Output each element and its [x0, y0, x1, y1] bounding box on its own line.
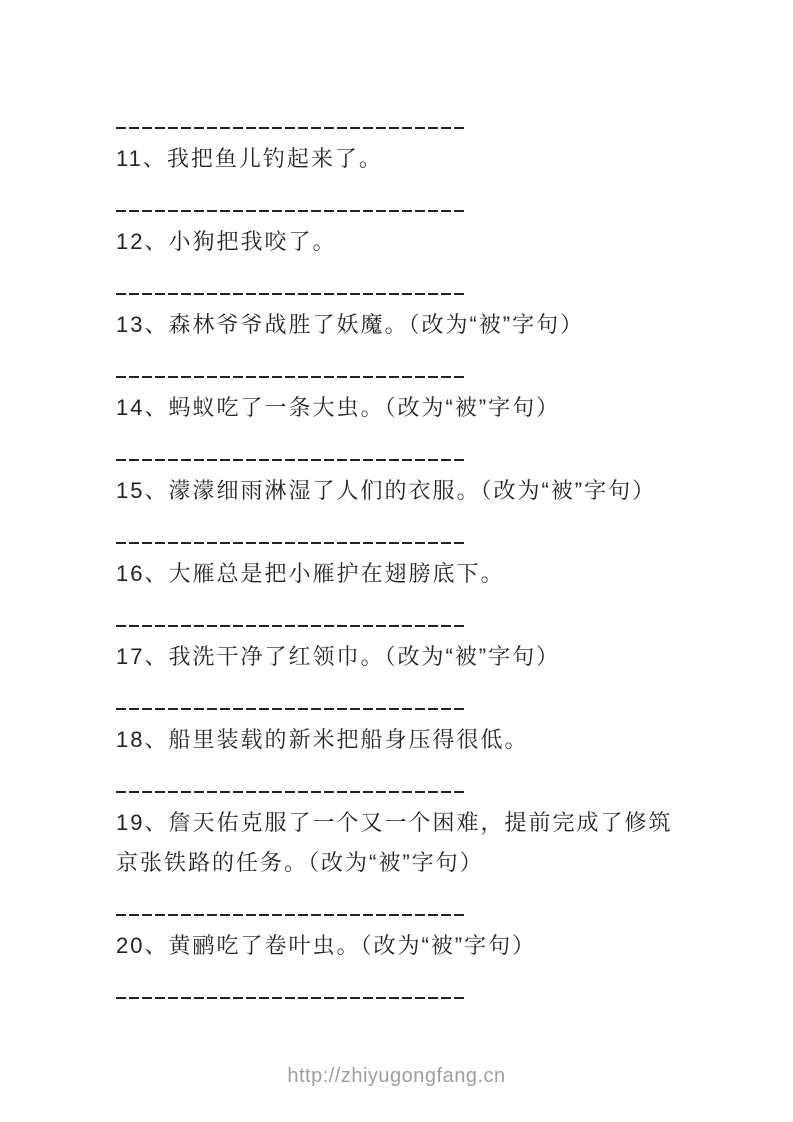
exercise-item: 20、黄鹂吃了卷叶虫。（改为“被”字句）: [116, 926, 688, 966]
answer-blank-line: [116, 997, 467, 999]
exercise-item: 15、濛濛细雨淋湿了人们的衣服。（改为“被”字句）: [116, 471, 688, 511]
answer-blank-line: [116, 293, 467, 295]
answer-blank-line: [116, 376, 467, 378]
answer-blank-line: [116, 914, 467, 916]
answer-blank-line: [116, 708, 467, 710]
exercise-item: 18、船里装载的新米把船身压得很低。: [116, 720, 688, 760]
exercise-item: 12、小狗把我咬了。: [116, 222, 688, 262]
answer-blank-line: [116, 459, 467, 461]
exercise-item: 13、森林爷爷战胜了妖魔。（改为“被”字句）: [116, 305, 688, 345]
worksheet-content: 11、我把鱼儿钓起来了。 12、小狗把我咬了。 13、森林爷爷战胜了妖魔。（改为…: [0, 0, 688, 999]
worksheet-page: 11、我把鱼儿钓起来了。 12、小狗把我咬了。 13、森林爷爷战胜了妖魔。（改为…: [0, 0, 793, 1122]
watermark-url: http://zhiyugongfang.cn: [0, 1065, 793, 1088]
answer-blank-line: [116, 625, 467, 627]
exercise-item: 19、詹天佑克服了一个又一个困难，提前完成了修筑京张铁路的任务。（改为“被”字句…: [116, 803, 688, 883]
answer-blank-line: [116, 542, 467, 544]
exercise-item: 17、我洗干净了红领巾。（改为“被”字句）: [116, 637, 688, 677]
exercise-item: 11、我把鱼儿钓起来了。: [116, 139, 688, 179]
answer-blank-line: [116, 210, 467, 212]
answer-blank-line: [116, 791, 467, 793]
exercise-item: 16、大雁总是把小雁护在翅膀底下。: [116, 554, 688, 594]
exercise-item: 14、蚂蚁吃了一条大虫。（改为“被”字句）: [116, 388, 688, 428]
answer-blank-line: [116, 127, 467, 129]
